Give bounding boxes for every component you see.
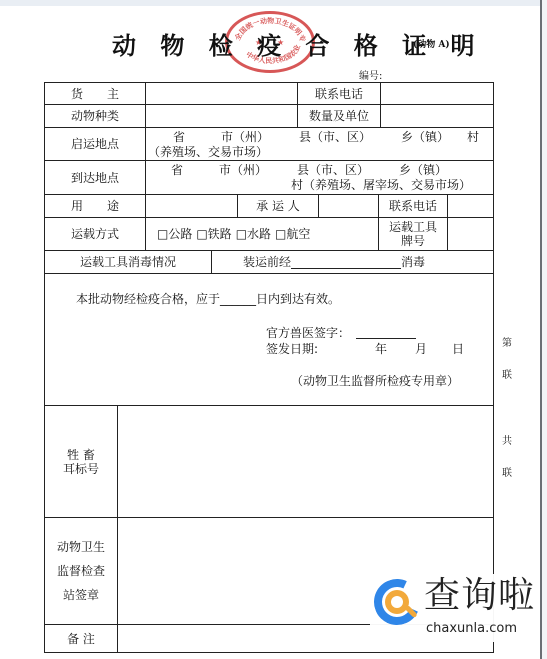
eartag-field[interactable] (117, 405, 494, 518)
carrier-label: 承 运 人 (237, 194, 319, 218)
eartag-label-line2: 耳标号 (63, 462, 99, 476)
logo-dot-inner (391, 596, 403, 608)
carrier-phone-label: 联系电话 (378, 194, 448, 218)
quantity-field[interactable] (380, 104, 494, 128)
issue-date-month: 月 (415, 342, 427, 356)
vet-signature-label: 官方兽医签字： (266, 326, 350, 340)
disinfection-method-blank[interactable] (291, 256, 401, 269)
issue-date-year: 年 (375, 342, 387, 356)
checkbox-air[interactable]: □航空 (275, 227, 310, 241)
species-label: 动物种类 (44, 104, 146, 128)
copy-mark-di: 第 (502, 334, 512, 349)
contact-phone-label: 联系电话 (297, 82, 381, 105)
checkbox-water[interactable]: □水路 (236, 227, 271, 241)
checkbox-road[interactable]: □公路 (157, 227, 192, 241)
vehicle-plate-label-line2: 牌号 (401, 234, 425, 248)
owner-label: 货 主 (44, 82, 146, 105)
purpose-field[interactable] (145, 194, 238, 218)
copy-mark-lian-1: 联 (502, 366, 512, 381)
transport-mode-label: 运载方式 (44, 217, 146, 251)
disinfection-prefix: 装运前经 (243, 255, 291, 269)
purpose-label: 用 途 (44, 194, 146, 218)
vehicle-plate-label: 运载工具 牌号 (378, 217, 448, 251)
carrier-field[interactable] (318, 194, 379, 218)
origin-field[interactable]: 省 市（州） 县（市、区） 乡（镇） 村 （养殖场、交易市场） (145, 127, 494, 161)
right-margin (542, 0, 547, 659)
disinfection-field: 装运前经 消毒 (211, 250, 494, 274)
origin-line-2: （养殖场、交易市场） (148, 145, 268, 159)
issue-date-label: 签发日期: (266, 342, 318, 356)
station-seal-label-line2: 监督检查 (57, 559, 105, 583)
validity-statement: 本批动物经检疫合格，应于______日内到达有效。 (76, 292, 340, 306)
origin-label: 启运地点 (44, 127, 146, 161)
watermark: 查询啦 chaxunla.com (370, 574, 540, 642)
copy-mark-lian-2: 联 (502, 464, 512, 479)
issue-date-day: 日 (452, 342, 464, 356)
copy-mark-gong: 共 (502, 432, 512, 447)
vehicle-plate-field[interactable] (447, 217, 494, 251)
station-seal-label-line3: 站签章 (63, 583, 99, 607)
transport-mode-options: □公路 □铁路 □水路 □航空 (145, 217, 379, 251)
document-title-suffix: (动物 A) (413, 37, 450, 50)
document-title: 动 物 检 疫 合 格 证 明 (112, 26, 412, 58)
species-field[interactable] (145, 104, 298, 128)
owner-field[interactable] (145, 82, 298, 105)
certification-block: 本批动物经检疫合格，应于______日内到达有效。 官方兽医签字： 签发日期: … (44, 273, 494, 406)
remarks-label: 备 注 (44, 624, 118, 653)
eartag-label: 牲 畜 耳标号 (44, 405, 118, 518)
checkbox-rail[interactable]: □铁路 (196, 227, 231, 241)
watermark-brand-en: chaxunla.com (426, 621, 517, 636)
watermark-brand-cn: 查询啦 (424, 574, 535, 618)
disinfection-label: 运载工具消毒情况 (44, 250, 212, 274)
destination-line-2: 村（养殖场、屠宰场、交易市场） (291, 178, 471, 192)
carrier-phone-field[interactable] (447, 194, 494, 218)
contact-phone-field[interactable] (380, 82, 494, 105)
serial-number-label: 编号: (359, 67, 382, 82)
destination-line-1: 省 市（州） 县（市、区） 乡（镇） (171, 163, 447, 177)
vet-signature-line[interactable] (356, 338, 416, 339)
vehicle-plate-label-line1: 运载工具 (389, 220, 437, 234)
destination-field[interactable]: 省 市（州） 县（市、区） 乡（镇） 村（养殖场、屠宰场、交易市场） (145, 160, 494, 195)
station-seal-label-line1: 动物卫生 (57, 535, 105, 559)
quantity-label: 数量及单位 (297, 104, 381, 128)
destination-label: 到达地点 (44, 160, 146, 195)
station-seal-label: 动物卫生 监督检查 站签章 (44, 517, 118, 625)
stamp-note: （动物卫生监督所检疫专用章） (291, 374, 459, 388)
eartag-label-line1: 牲 畜 (67, 448, 95, 462)
top-border (0, 0, 547, 6)
disinfection-suffix: 消毒 (401, 255, 425, 269)
origin-line-1: 省 市（州） 县（市、区） 乡（镇） 村 (173, 130, 479, 144)
